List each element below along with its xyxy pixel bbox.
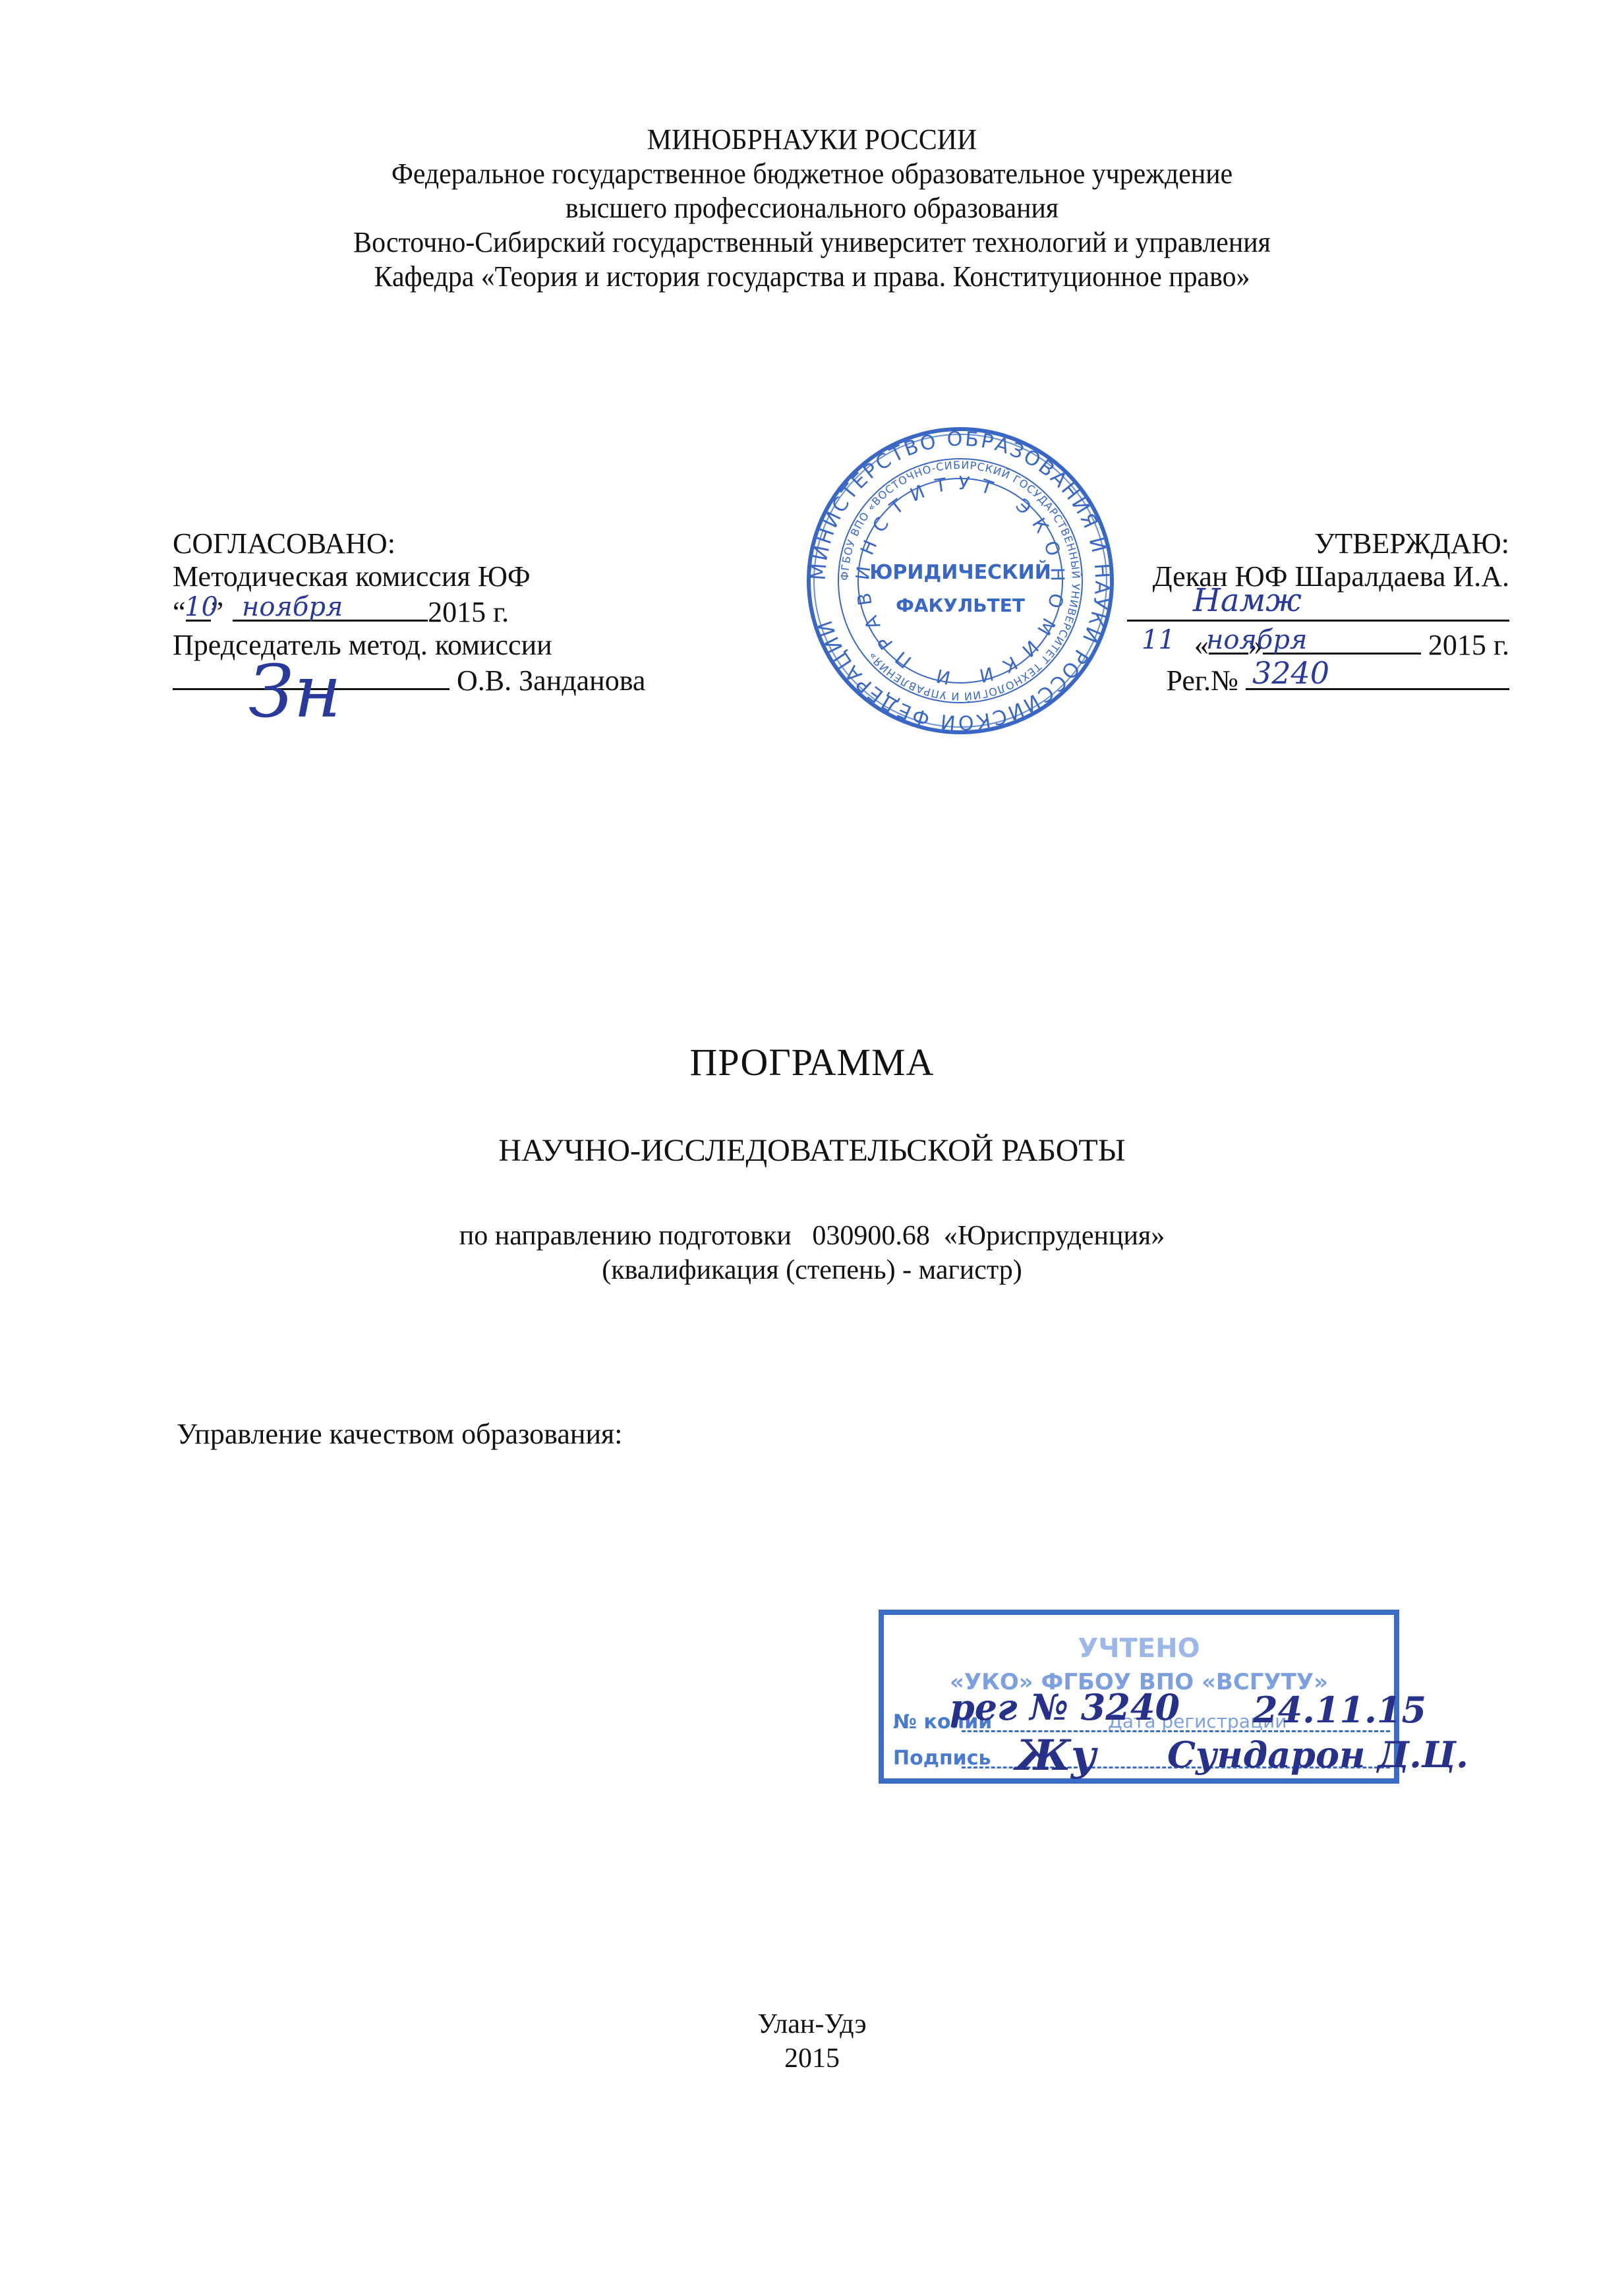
approved-signature-row: Намж [1094,593,1509,626]
agreed-chair-line: О.В. Занданова Зн [173,662,700,697]
quality-management-label: Управление качеством образования: [177,1417,622,1451]
svg-text:ФАКУЛЬТЕТ: ФАКУЛЬТЕТ [896,595,1025,616]
approved-day-handwritten: 11 [1142,624,1175,657]
registration-stamp: УЧТЕНО «УКО» ФГБОУ ВПО «ВСГУТУ» № копии … [879,1610,1399,1784]
svg-text:ЮРИДИЧЕСКИЙ: ЮРИДИЧЕСКИЙ [869,560,1051,584]
approved-dean: Декан ЮФ Шаралдаева И.А. [1094,560,1509,593]
agreed-block: СОГЛАСОВАНО: Методическая комиссия ЮФ “”… [173,527,700,697]
approved-signature-handwritten: Намж [1193,584,1302,617]
stamp-date-handwritten: 24.11.15 [1253,1689,1426,1731]
qualification: (квалификация (степень) - магистр) [0,1254,1624,1287]
agreed-signature-handwritten: Зн [248,675,341,708]
approved-year: 2015 г. [1428,629,1509,661]
stamp-reg-handwritten: рег № 3240 [950,1686,1180,1728]
approved-month-handwritten: ноября [1206,624,1307,657]
approved-heading: УТВЕРЖДАЮ: [1094,527,1509,560]
agreed-date-line: “”2015 г. 10 ноября [173,593,700,629]
agreed-heading: СОГЛАСОВАНО: [173,527,700,560]
stamp-title: УЧТЕНО [884,1633,1394,1664]
approved-reg-line: Рег.№ 3240 [1094,662,1509,697]
department-line: Кафедра «Теория и история государства и … [41,260,1584,294]
agreed-day-handwritten: 10 [185,591,218,624]
agreed-commission: Методическая комиссия ЮФ [173,560,700,593]
university-line: Восточно-Сибирский государственный униве… [41,225,1584,260]
approved-reg-label: Рег.№ [1167,664,1238,697]
agreed-month-handwritten: ноября [242,591,343,624]
ministry-line: МИНОБРНАУКИ РОССИИ [41,123,1584,157]
faculty-round-seal: МИНИСТЕРСТВО ОБРАЗОВАНИЯ И НАУКИ РОССИЙС… [805,426,1115,736]
approved-signature-line [1127,593,1509,622]
education-level-line: высшего профессионального образования [41,191,1584,225]
document-subtitle: НАУЧНО-ИССЛЕДОВАТЕЛЬСКОЙ РАБОТЫ [0,1132,1624,1169]
document-title: ПРОГРАММА [0,1040,1624,1084]
seal-graphic: МИНИСТЕРСТВО ОБРАЗОВАНИЯ И НАУКИ РОССИЙС… [805,426,1115,736]
institution-type-line: Федеральное государственное бюджетное об… [41,157,1584,191]
stamp-signature-handwritten: Жу [1016,1731,1096,1780]
approved-block: УТВЕРЖДАЮ: Декан ЮФ Шаралдаева И.А. Намж… [1094,527,1509,697]
document-header: МИНОБРНАУКИ РОССИИ Федеральное государст… [0,123,1624,294]
agreed-year: 2015 г. [428,596,509,628]
stamp-name-handwritten: Сундарон Д.Ц. [1167,1734,1468,1776]
agreed-open-quote: “ [173,596,186,628]
approved-reg-handwritten: 3240 [1252,657,1329,689]
year: 2015 [0,2042,1624,2075]
agreed-chair-name: О.В. Занданова [457,664,645,697]
training-direction: по направлению подготовки 030900.68 «Юри… [0,1219,1624,1252]
city: Улан-Удэ [0,2008,1624,2041]
